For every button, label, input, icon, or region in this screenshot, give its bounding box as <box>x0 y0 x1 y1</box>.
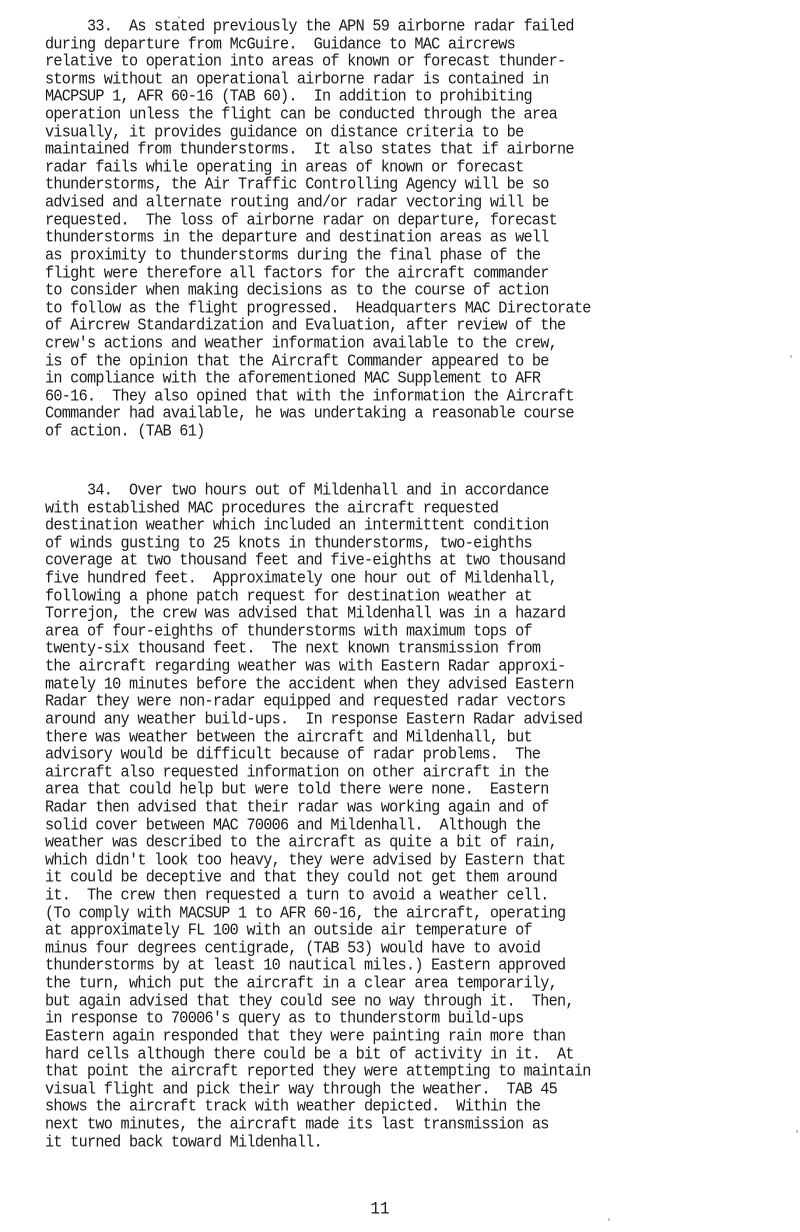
scan-speck <box>608 1218 610 1221</box>
scan-speck <box>178 16 180 19</box>
paragraph-34: 34. Over two hours out of Mildenhall and… <box>45 482 591 1151</box>
text-line: of action. (TAB 61) <box>45 422 591 441</box>
page-number: 11 <box>0 1199 760 1219</box>
scan-speck <box>790 355 792 358</box>
paragraph-33: 33. As stated previously the APN 59 airb… <box>45 18 591 441</box>
text-line: it turned back toward Mildenhall. <box>45 1133 591 1152</box>
scan-speck <box>796 1130 798 1133</box>
document-page: 33. As stated previously the APN 59 airb… <box>0 0 800 1232</box>
